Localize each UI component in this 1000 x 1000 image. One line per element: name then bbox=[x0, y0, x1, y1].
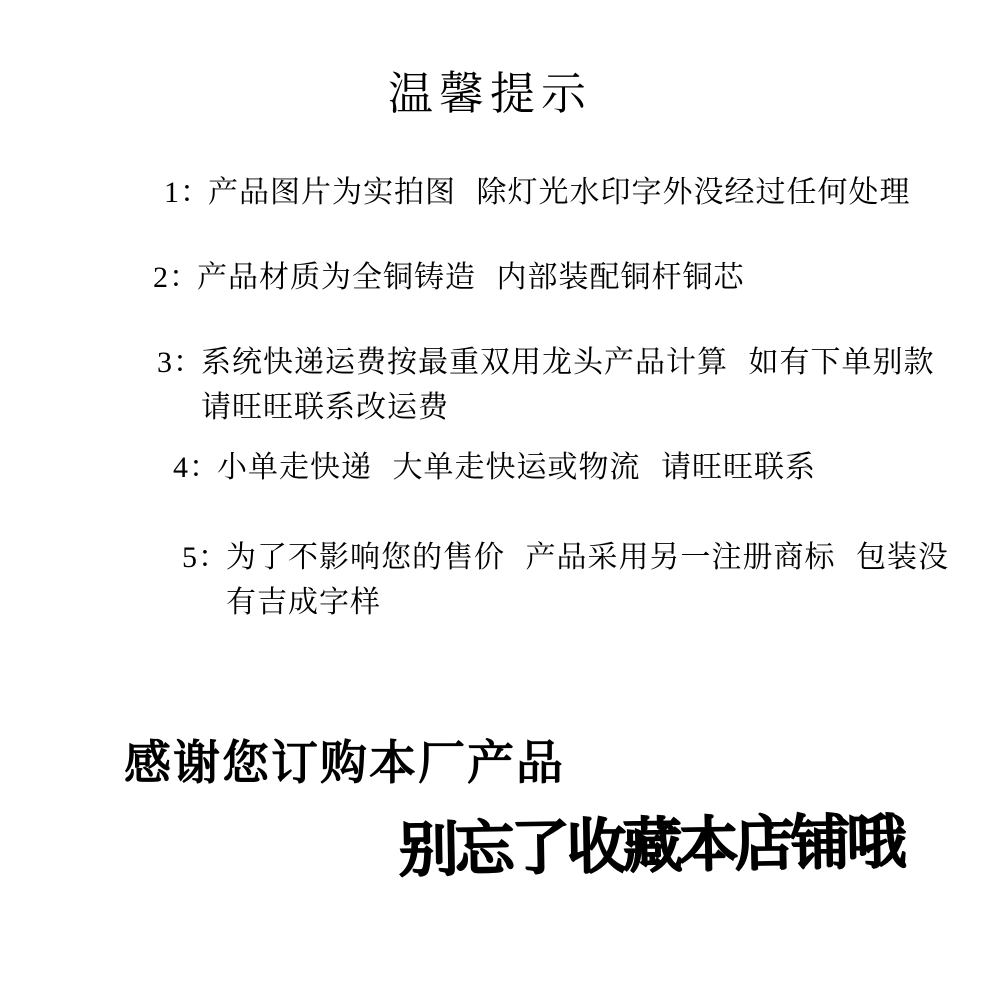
list-item: 2： 产品材质为全铜铸造 内部装配铜杆铜芯 bbox=[153, 255, 1000, 300]
item-number: 3： bbox=[157, 340, 201, 430]
item-number: 1： bbox=[164, 170, 208, 215]
item-text: 产品材质为全铜铸造 内部装配铜杆铜芯 bbox=[197, 255, 745, 300]
item-number: 4： bbox=[173, 445, 217, 490]
item-text: 系统快递运费按最重双用龙头产品计算 如有下单别款 请旺旺联系改运费 bbox=[201, 340, 935, 430]
notice-list: 1： 产品图片为实拍图 除灯光水印字外没经过任何处理 2： 产品材质为全铜铸造 … bbox=[0, 170, 1000, 665]
item-number: 5： bbox=[182, 535, 226, 625]
list-item: 4： 小单走快递 大单走快运或物流 请旺旺联系 bbox=[173, 445, 1000, 490]
list-item: 3： 系统快递运费按最重双用龙头产品计算 如有下单别款 请旺旺联系改运费 bbox=[157, 340, 1000, 430]
notice-page: { "page": { "background_color": "#ffffff… bbox=[0, 0, 1000, 1000]
item-text: 小单走快递 大单走快运或物流 请旺旺联系 bbox=[217, 445, 816, 490]
list-item: 5： 为了不影响您的售价 产品采用另一注册商标 包装没 有吉成字样 bbox=[182, 535, 1000, 625]
item-text: 产品图片为实拍图 除灯光水印字外没经过任何处理 bbox=[208, 170, 911, 215]
list-item: 1： 产品图片为实拍图 除灯光水印字外没经过任何处理 bbox=[164, 170, 1000, 215]
thanks-line: 感谢您订购本厂产品 bbox=[124, 726, 565, 793]
item-number: 2： bbox=[153, 255, 197, 300]
calligraphy-line: 别忘了收藏本店铺哦 bbox=[397, 794, 902, 889]
item-text: 为了不影响您的售价 产品采用另一注册商标 包装没 有吉成字样 bbox=[226, 535, 949, 625]
page-title: 温馨提示 bbox=[0, 57, 980, 122]
